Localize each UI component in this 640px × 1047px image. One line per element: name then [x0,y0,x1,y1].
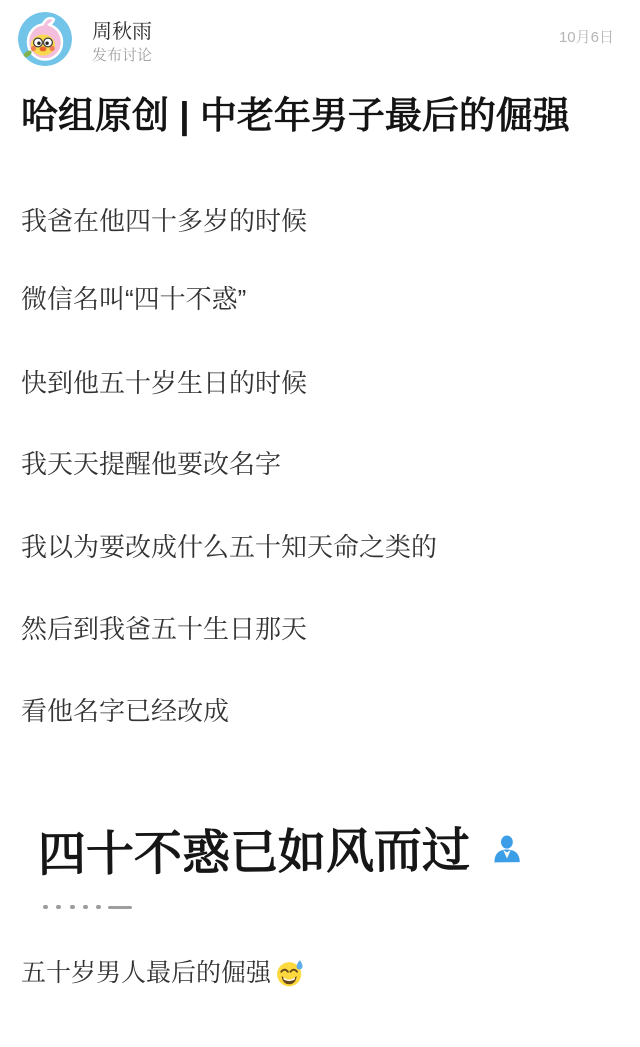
person-silhouette-icon [492,834,522,864]
post-paragraph: 看他名字已经改成 [21,696,229,727]
duck-in-peach-avatar-icon [18,12,72,66]
post-date: 10月6日 [559,26,614,47]
post-paragraph: 然后到我爸五十生日那天 [21,614,307,645]
post-action-label: 发布讨论 [92,44,152,65]
wechat-name-row: 四十不惑已如风而过 [38,823,523,883]
post-paragraph: 我天天提醒他要改名字 [21,449,281,480]
post-caption: 五十岁男人最后的倔强 [21,958,305,989]
user-avatar[interactable] [18,12,72,66]
username[interactable]: 周秋雨 [92,15,152,44]
caption-text: 五十岁男人最后的倔强 [21,959,271,987]
post-page: 周秋雨 发布讨论 10月6日 哈组原创 | 中老年男子最后的倔强 我爸在他四十多… [0,0,640,1047]
wechat-name-text: 四十不惑已如风而过 [38,824,471,882]
post-paragraph: 我以为要改成什么五十知天命之类的 [21,532,437,563]
grinning-face-with-sweat-emoji-icon [275,958,305,988]
post-paragraph: 微信名叫“四十不惑” [21,284,246,315]
post-paragraph: 我爸在他四十多岁的时候 [21,206,307,237]
post-paragraph: 快到他五十岁生日的时候 [21,368,307,399]
post-title: 哈组原创 | 中老年男子最后的倔强 [21,94,570,138]
cropped-text-remnant [43,905,143,911]
